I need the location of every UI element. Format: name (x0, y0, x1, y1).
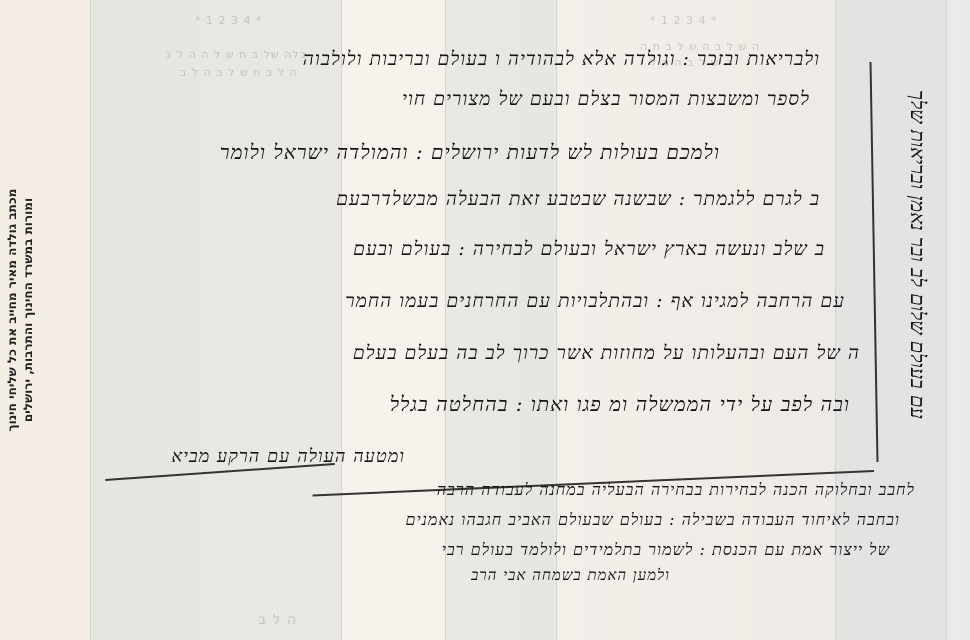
background-print-text: ה ל ב ת ש ל ב ה ל ב (180, 66, 298, 79)
background-print-column (90, 0, 342, 640)
handwriting-line: ובה לפב על ידי הממשלה ומ פגו ואתו : בהחל… (390, 392, 850, 417)
rotated-caption: מכתב גולדה מאיר מחייב את כל שליחי חינוך … (4, 110, 36, 510)
handwriting-line: ומטעה העולה עם הרקע מביא (171, 446, 405, 467)
handwriting-line: ולמכם בעולות לש לדעות ירושלים : והמולדה … (220, 140, 720, 165)
handwriting-line: ולבריאות ובזכר : וגולדה אלא לבהודיה ו בע… (303, 48, 820, 71)
background-print-text: בלה של ב ת ש ל ה ה ל ב (165, 48, 307, 61)
caption-line: מכתב גולדה מאיר מחייב את כל שליחי חינוך (4, 110, 20, 510)
handwriting-line: ה של העם ובהעלותו על מחוזות אשר כרוך לב … (353, 342, 860, 365)
handwriting-line: לספר ומשבצות המסור בצלם ובעם של מצורים ח… (402, 88, 810, 111)
caption-line: ומורות במשרד החינוך והתרבות, ירושלים (20, 110, 36, 510)
background-print-text: * 1 2 3 4 * (650, 14, 717, 27)
handwriting-line: ולמען האמת בשמחה אבי הרב (471, 566, 670, 585)
background-print-text: ה ל ב (258, 612, 297, 628)
background-print-text: * 1 2 3 4 * (195, 14, 262, 27)
handwriting-line: של ייצור אמת עם הכנסת : לשמור בתלמידים ו… (442, 540, 890, 560)
margin-note: עם בעולם שלום לב ובר נאמן ובריאות שלך (905, 90, 930, 419)
handwriting-line: ובחבה לאיחוד העבודה בשבילה : בעולם שבעול… (406, 510, 900, 530)
handwriting-line: עם הרחבה למגינו אף : ובהתלבויות עם החרחנ… (345, 290, 845, 313)
handwriting-line: ב שלב ונעשה בארץ ישראל ובעולם לבחירה : ב… (353, 238, 825, 261)
handwriting-line: לחבב ובחלוקה הכנה לבחירות בבחירה הבעליה … (437, 480, 915, 500)
manuscript-page: * 1 2 3 4 * בלה של ב ת ש ל ה ה ל ב ה ל ב… (0, 0, 970, 640)
handwriting-line: ב לגרם ללגמתר : שבשנה שבטבע זאת הבעלה מב… (336, 188, 820, 211)
